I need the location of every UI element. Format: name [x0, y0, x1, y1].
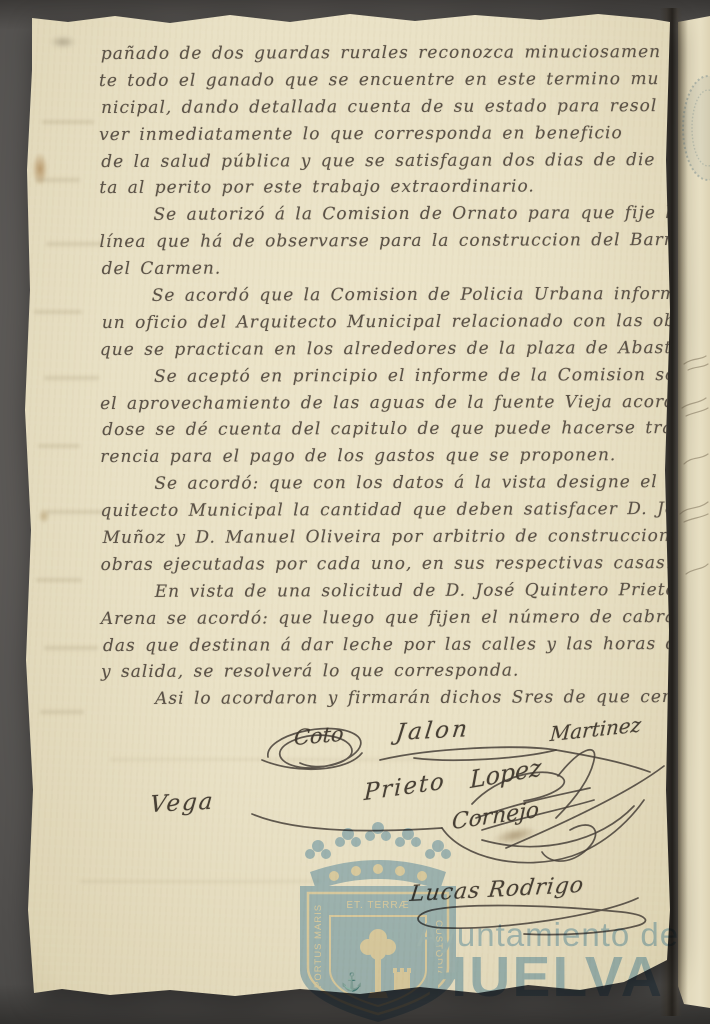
bleedthrough-mark [80, 880, 320, 883]
bleedthrough-mark [38, 444, 80, 448]
manuscript-line: ta al perito por este trabajo extraordin… [99, 173, 674, 202]
manuscript-line: Muñoz y D. Manuel Oliveira por arbitrio … [103, 523, 676, 552]
bleedthrough-mark [40, 710, 84, 714]
manuscript-line: Se acordó que la Comision de Policia Urb… [100, 281, 675, 310]
manuscript-line: dose se dé cuenta del capitulo de que pu… [102, 415, 675, 444]
manuscript-line: Se aceptó en principio el informe de la … [102, 362, 675, 391]
manuscript-line: un oficio del Arquitecto Municipal relac… [102, 308, 675, 337]
ink-smudge [491, 823, 539, 847]
bleedthrough-mark [44, 646, 98, 650]
bleedthrough-mark [44, 376, 99, 380]
manuscript-line: ver inmediatamente lo que corresponda en… [99, 120, 674, 149]
manuscript-line: pañado de dos guardas rurales reconozca … [101, 39, 674, 68]
bleedthrough-mark [110, 758, 440, 761]
next-page-edge [678, 16, 710, 1008]
manuscript-line: del Carmen. [102, 254, 675, 283]
bleedthrough-mark [34, 310, 82, 314]
manuscript-line: que se practican en los alrededores de l… [100, 335, 675, 364]
manuscript-line: Se acordó: que con los datos á la vista … [102, 469, 675, 498]
manuscript-line: el aprovechamiento de las aguas de la fu… [100, 389, 675, 418]
manuscript-line: de la salud pública y que se satisfagan … [101, 147, 674, 176]
manuscript-line: Asi lo acordaron y firmarán dichos Sres … [103, 684, 676, 713]
bleedthrough-mark [46, 510, 106, 514]
manuscript-page: pañado de dos guardas rurales reconozca … [20, 10, 672, 1000]
manuscript-line: nicipal, dando detallada cuenta de su es… [101, 93, 674, 122]
paper-stain [38, 508, 50, 524]
manuscript-line: quitecto Municipal la cantidad que deben… [100, 496, 675, 525]
manuscript-text-block: pañado de dos guardas rurales reconozca … [99, 39, 676, 713]
manuscript-line: y salida, se resolverá lo que correspond… [101, 657, 676, 686]
manuscript-line: Arena se acordó: que luego que fijen el … [101, 604, 676, 633]
bleedthrough-mark [42, 120, 94, 124]
faint-round-stamp [678, 56, 710, 246]
manuscript-line: te todo el ganado que se encuentre en es… [99, 66, 674, 95]
paper-stain [32, 152, 48, 186]
scanned-document-photo: pañado de dos guardas rurales reconozca … [0, 0, 710, 1024]
bleedthrough-mark [36, 578, 82, 582]
manuscript-line: Se autorizó á la Comision de Ornato para… [101, 200, 674, 229]
manuscript-line: obras ejecutadas por cada uno, en sus re… [101, 550, 676, 579]
manuscript-line: rencia para el pago de los gastos que se… [100, 442, 675, 471]
paper-stain [50, 36, 76, 48]
next-page-faint-writing [678, 346, 710, 646]
manuscript-line: En vista de una solicitud de D. José Qui… [103, 577, 676, 606]
bleedthrough-mark [46, 242, 104, 246]
manuscript-line: das que destinan á dar leche por las cal… [103, 631, 676, 660]
bleedthrough-mark [36, 178, 80, 182]
manuscript-line: línea que há de observarse para la const… [99, 227, 674, 256]
